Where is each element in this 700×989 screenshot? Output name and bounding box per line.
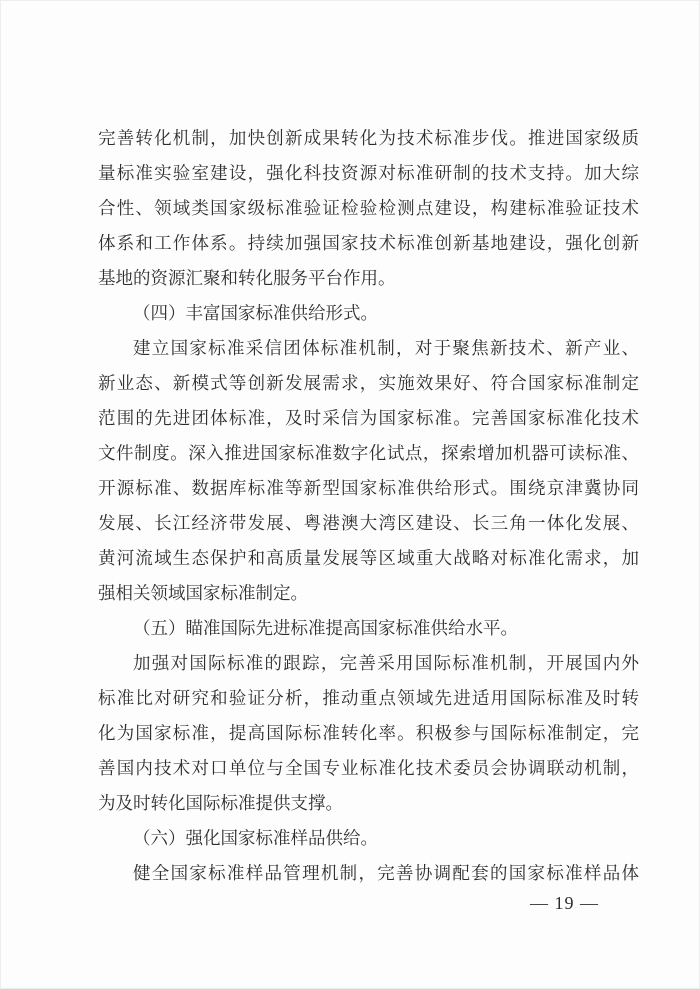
body-line: 新业态、新模式等创新发展需求，实施效果好、符合国家标准制定 <box>98 366 639 401</box>
body-line: 合性、领域类国家级标准验证检验检测点建设，构建标准验证技术 <box>98 191 639 226</box>
body-line: 量标准实验室建设，强化科技资源对标准研制的技术支持。加大综 <box>98 156 639 191</box>
section-heading: （五）瞄准国际先进标准提高国家标准供给水平。 <box>98 611 639 646</box>
scanned-document-page: 完善转化机制，加快创新成果转化为技术标准步伐。推进国家级质 量标准实验室建设，强… <box>0 0 700 989</box>
body-line: 强相关领域国家标准制定。 <box>98 576 639 611</box>
page-number: — 19 — <box>530 892 599 914</box>
body-line: 黄河流域生态保护和高质量发展等区域重大战略对标准化需求，加 <box>98 541 639 576</box>
body-line: 为及时转化国际标准提供支撑。 <box>98 786 639 821</box>
body-line: 开源标准、数据库标准等新型国家标准供给形式。围绕京津冀协同 <box>98 471 639 506</box>
body-line: 健全国家标准样品管理机制，完善协调配套的国家标准样品体 <box>98 856 639 891</box>
body-line: 标准比对研究和验证分析，推动重点领域先进适用国际标准及时转 <box>98 681 639 716</box>
body-line: 范围的先进团体标准，及时采信为国家标准。完善国家标准化技术 <box>98 401 639 436</box>
body-line: 发展、长江经济带发展、粤港澳大湾区建设、长三角一体化发展、 <box>98 506 639 541</box>
body-line: 建立国家标准采信团体标准机制，对于聚焦新技术、新产业、 <box>98 331 639 366</box>
body-line: 善国内技术对口单位与全国专业标准化技术委员会协调联动机制， <box>98 751 639 786</box>
body-text: 完善转化机制，加快创新成果转化为技术标准步伐。推进国家级质 量标准实验室建设，强… <box>98 121 639 891</box>
body-line: 体系和工作体系。持续加强国家技术标准创新基地建设，强化创新 <box>98 226 639 261</box>
body-line: 完善转化机制，加快创新成果转化为技术标准步伐。推进国家级质 <box>98 121 639 156</box>
body-line: 加强对国际标准的跟踪，完善采用国际标准机制，开展国内外 <box>98 646 639 681</box>
body-line: 化为国家标准，提高国际标准转化率。积极参与国际标准制定，完 <box>98 716 639 751</box>
section-heading: （六）强化国家标准样品供给。 <box>98 821 639 856</box>
body-line: 基地的资源汇聚和转化服务平台作用。 <box>98 261 639 296</box>
section-heading: （四）丰富国家标准供给形式。 <box>98 296 639 331</box>
body-line: 文件制度。深入推进国家标准数字化试点，探索增加机器可读标准、 <box>98 436 639 471</box>
